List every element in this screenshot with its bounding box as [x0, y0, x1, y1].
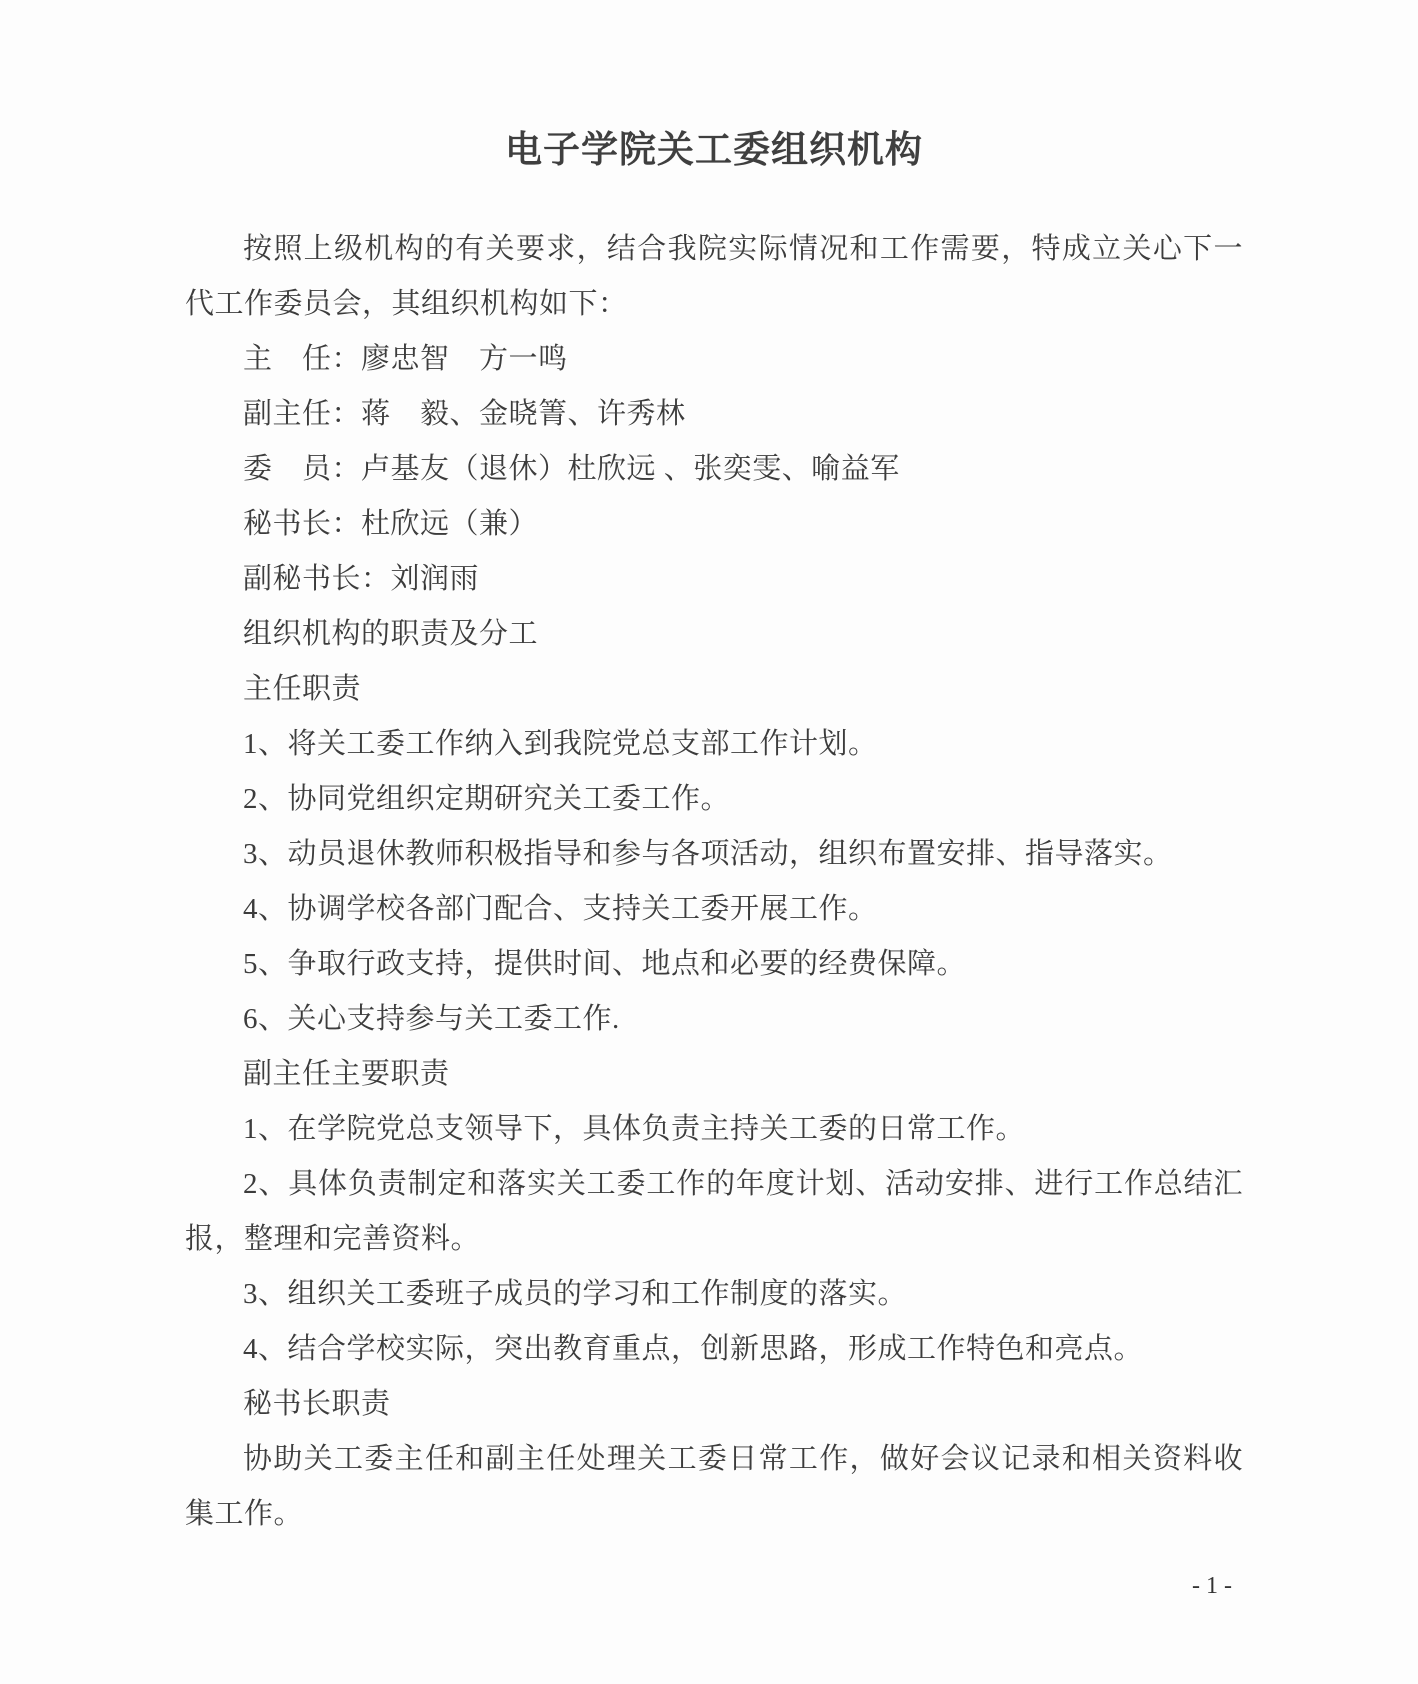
paragraph-director: 主 任：廖忠智 方一鸣: [185, 332, 1243, 387]
paragraph-deputy-duties-heading: 副主任主要职责: [185, 1047, 1243, 1102]
paragraph-section-duties: 组织机构的职责及分工: [185, 607, 1243, 662]
paragraph-secretary: 秘书长：杜欣远（兼）: [185, 497, 1243, 552]
document-page: 电子学院关工委组织机构 按照上级机构的有关要求，结合我院实际情况和工作需要，特成…: [0, 0, 1418, 1684]
paragraph-deputy-duty-4: 4、结合学校实际，突出教育重点，创新思路，形成工作特色和亮点。: [185, 1322, 1243, 1377]
paragraph-deputy-duty-1: 1、在学院党总支领导下，具体负责主持关工委的日常工作。: [185, 1102, 1243, 1157]
paragraph-deputy-duty-3: 3、组织关工委班子成员的学习和工作制度的落实。: [185, 1267, 1243, 1322]
document-title: 电子学院关工委组织机构: [185, 130, 1243, 170]
page-number: - 1 -: [1192, 1573, 1232, 1600]
paragraph-deputy-secretary: 副秘书长：刘润雨: [185, 552, 1243, 607]
document-body: 按照上级机构的有关要求，结合我院实际情况和工作需要，特成立关心下一代工作委员会，…: [185, 222, 1243, 1542]
paragraph-secretary-duty: 协助关工委主任和副主任处理关工委日常工作，做好会议记录和相关资料收集工作。: [185, 1432, 1243, 1542]
paragraph-members: 委 员：卢基友（退休）杜欣远 、张奕雯、喻益军: [185, 442, 1243, 497]
paragraph-director-duty-4: 4、协调学校各部门配合、支持关工委开展工作。: [185, 882, 1243, 937]
paragraph-deputy-duty-2: 2、具体负责制定和落实关工委工作的年度计划、活动安排、进行工作总结汇报，整理和完…: [185, 1157, 1243, 1267]
paragraph-secretary-duties-heading: 秘书长职责: [185, 1377, 1243, 1432]
paragraph-intro: 按照上级机构的有关要求，结合我院实际情况和工作需要，特成立关心下一代工作委员会，…: [185, 222, 1243, 332]
paragraph-director-duties-heading: 主任职责: [185, 662, 1243, 717]
paragraph-deputy-directors: 副主任：蒋 毅、金晓箐、许秀林: [185, 387, 1243, 442]
paragraph-director-duty-5: 5、争取行政支持，提供时间、地点和必要的经费保障。: [185, 937, 1243, 992]
paragraph-director-duty-3: 3、动员退休教师积极指导和参与各项活动，组织布置安排、指导落实。: [185, 827, 1243, 882]
paragraph-director-duty-2: 2、协同党组织定期研究关工委工作。: [185, 772, 1243, 827]
paragraph-director-duty-1: 1、将关工委工作纳入到我院党总支部工作计划。: [185, 717, 1243, 772]
paragraph-director-duty-6: 6、关心支持参与关工委工作.: [185, 992, 1243, 1047]
